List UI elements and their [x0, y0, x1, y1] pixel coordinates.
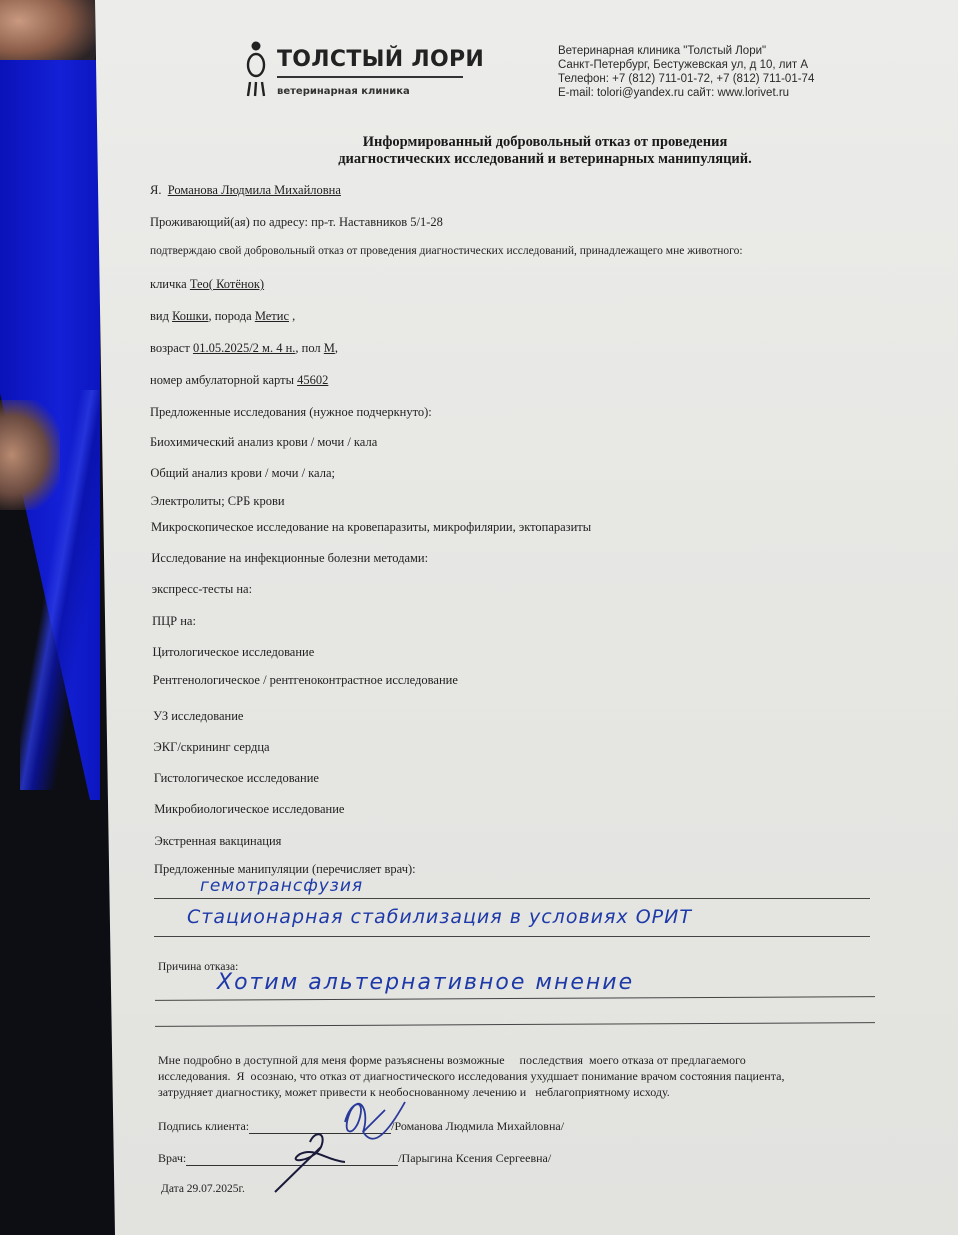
document-title: Информированный добровольный отказ от пр… — [245, 134, 845, 168]
writing-line — [155, 996, 875, 1001]
client-signature-name: /Романова Людмила Михайловна/ — [391, 1119, 564, 1133]
study-item: Экстренная вакцинация — [155, 834, 282, 849]
manipulations-label: Предложенные манипуляции (перечисляет вр… — [154, 862, 416, 877]
clinic-logo-icon — [245, 40, 267, 100]
doctor-name: /Парыгина Ксения Сергеевна/ — [398, 1151, 551, 1165]
study-item: Общий анализ крови / мочи / кала; — [150, 466, 335, 481]
species-row: вид Кошки, порода Метис , — [150, 309, 295, 324]
address: пр-т. Наставников 5/1-28 — [311, 215, 443, 229]
study-item: Рентгенологическое / рентгеноконтрастное… — [153, 673, 458, 688]
logo-divider — [277, 76, 463, 78]
writing-line — [154, 898, 870, 899]
contact-line: E-mail: tolori@yandex.ru сайт: www.loriv… — [558, 86, 814, 100]
client-name: Романова Людмила Михайловна — [168, 183, 341, 197]
address-row: Проживающий(ая) по адресу: пр-т. Наставн… — [150, 215, 443, 230]
study-item: Микробиологическое исследование — [154, 802, 344, 817]
clinic-logo-subtitle: ветеринарная клиника — [277, 86, 410, 97]
background-person — [0, 0, 95, 70]
document-date: Дата 29.07.2025г. — [161, 1183, 245, 1195]
contact-line: Телефон: +7 (812) 711-01-72, +7 (812) 71… — [558, 72, 814, 86]
study-item: Электролиты; СРБ крови — [151, 494, 285, 509]
study-item: ЭКГ/скрининг сердца — [154, 740, 270, 755]
study-item: Цитологическое исследование — [152, 645, 314, 660]
sex: М — [324, 341, 335, 355]
pet-name: Тео( Котёнок) — [190, 277, 264, 291]
species: Кошки — [172, 309, 208, 323]
handwritten-refusal-reason: Хотим альтернативное мнение — [217, 970, 634, 995]
study-item: Гистологическое исследование — [154, 771, 319, 786]
study-item: УЗ исследование — [153, 709, 243, 724]
confirm-text: подтверждаю свой добровольный отказ от п… — [150, 245, 743, 257]
study-item: Микроскопическое исследование на кровепа… — [151, 520, 591, 535]
writing-line — [154, 936, 870, 937]
contact-line: Санкт-Петербург, Бестужевская ул, д 10, … — [558, 58, 814, 72]
clinic-contacts: Ветеринарная клиника "Толстый Лори" Санк… — [558, 44, 814, 100]
card-number: 45602 — [297, 373, 328, 387]
clinic-logo-name: ТОЛСТЫЙ ЛОРИ — [277, 47, 484, 72]
breed: Метис — [255, 309, 289, 323]
age: 01.05.2025/2 м. 4 н. — [193, 341, 295, 355]
study-item: экспресс-тесты на: — [152, 582, 252, 597]
writing-line — [155, 1022, 875, 1027]
studies-header: Предложенные исследования (нужное подчер… — [150, 405, 432, 420]
study-item: ПЦР на: — [152, 614, 196, 629]
handwritten-manipulation: гемотрансфузия — [200, 876, 363, 896]
contact-line: Ветеринарная клиника "Толстый Лори" — [558, 44, 814, 58]
age-row: возраст 01.05.2025/2 м. 4 н., пол М, — [150, 341, 338, 356]
consent-form-sheet: ТОЛСТЫЙ ЛОРИ ветеринарная клиника Ветери… — [95, 0, 958, 1235]
client-name-row: Я. Романова Людмила Михайловна — [150, 183, 341, 198]
pet-name-row: кличка Тео( Котёнок) — [150, 277, 264, 292]
handwritten-manipulation: Стационарная стабилизация в условиях ОРИ… — [187, 906, 692, 928]
handwritten-signatures — [255, 1092, 415, 1202]
background-hand — [0, 400, 60, 510]
study-item: Исследование на инфекционные болезни мет… — [151, 551, 428, 566]
study-item: Биохимический анализ крови / мочи / кала — [150, 435, 377, 450]
card-number-row: номер амбулаторной карты 45602 — [150, 373, 328, 388]
